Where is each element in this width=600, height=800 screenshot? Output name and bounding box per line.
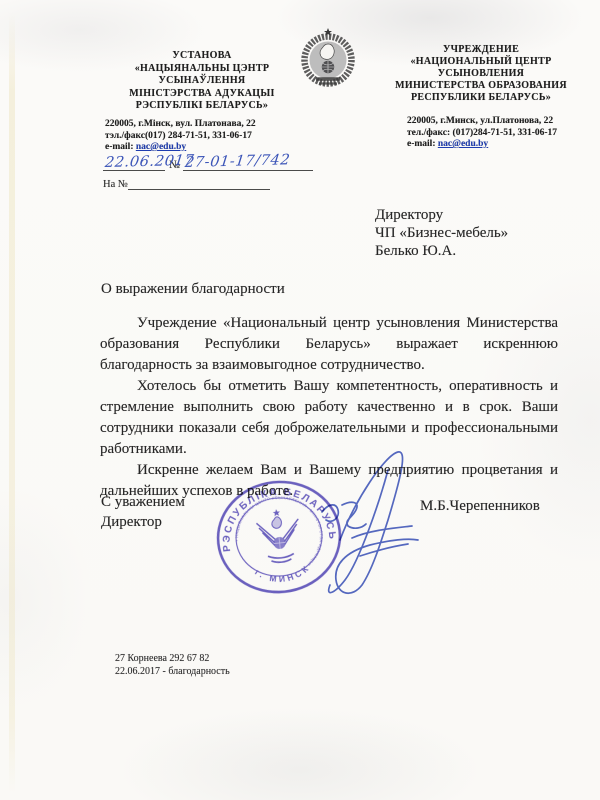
org-line: УСЫНОВЛЕНИЯ xyxy=(376,68,586,80)
number-underline: 27-01-17/742 xyxy=(183,153,313,171)
email-line: e-mail: nac@edu.by xyxy=(105,142,256,154)
executor-footer: 27 Корнеева 292 67 82 22.06.2017 - благо… xyxy=(115,652,230,678)
address-line: 220005, г.Мінск, вул. Платонава, 22 xyxy=(105,119,256,131)
belarus-coat-of-arms-icon xyxy=(298,27,358,89)
recipient-company: ЧП «Бизнес-мебель» xyxy=(375,224,508,242)
letterhead-org-russian: УЧРЕЖДЕНИЕ «НАЦИОНАЛЬНЫЙ ЦЕНТР УСЫНОВЛЕН… xyxy=(376,44,586,104)
scan-edge-artifact xyxy=(9,12,15,794)
email-label: e-mail: xyxy=(105,142,134,152)
contacts-russian: 220005, г.Минск, ул.Платонова, 22 тел./ф… xyxy=(407,116,557,151)
signoff-title: Директор xyxy=(101,512,185,532)
reference-line: 22.06.2017 № 27-01-17/742 xyxy=(103,153,313,171)
letter-subject: О выражении благодарности xyxy=(101,281,285,298)
address-line: 220005, г.Минск, ул.Платонова, 22 xyxy=(407,116,557,128)
document-note: 22.06.2017 - благодарность xyxy=(115,665,230,678)
recipient-block: Директору ЧП «Бизнес-мебель» Белько Ю.А. xyxy=(375,206,508,260)
handwritten-date: 22.06.2017 xyxy=(104,153,195,171)
org-line: РЭСПУБЛІКІ БЕЛАРУСЬ» xyxy=(88,100,316,113)
org-line: РЕСПУБЛИКИ БЕЛАРУСЬ» xyxy=(376,92,586,104)
reply-to-underline xyxy=(128,176,270,190)
email-address: nac@edu.by xyxy=(438,139,488,149)
org-line: УЧРЕЖДЕНИЕ xyxy=(376,44,586,56)
stamp-center-emblem xyxy=(255,507,302,564)
recipient-title: Директору xyxy=(375,206,508,224)
reply-to-label: На № xyxy=(103,179,128,190)
phone-line: тел./факс: (017)284-71-51, 331-06-17 xyxy=(407,128,557,140)
org-line: УСЫНАЎЛЕННЯ xyxy=(88,75,316,88)
email-label: e-mail: xyxy=(407,139,436,149)
body-paragraph: Учреждение «Национальный центр усыновлен… xyxy=(100,313,558,376)
scanned-letter-page: УСТАНОВА «НАЦЫЯНАЛЬНЫ ЦЭНТР УСЫНАЎЛЕННЯ … xyxy=(0,0,600,800)
executor-contact: 27 Корнеева 292 67 82 xyxy=(115,652,230,665)
signoff-block: С уважением Директор xyxy=(101,492,185,532)
recipient-name: Белько Ю.А. xyxy=(375,242,508,260)
org-line: «НАЦЫЯНАЛЬНЫ ЦЭНТР xyxy=(88,63,316,76)
reply-to-line: На № xyxy=(103,176,270,190)
org-line: МИНИСТЕРСТВА ОБРАЗОВАНИЯ xyxy=(376,80,586,92)
handwritten-number: 27-01-17/742 xyxy=(184,152,291,171)
email-line: e-mail: nac@edu.by xyxy=(407,139,557,151)
letterhead-org-belarusian: УСТАНОВА «НАЦЫЯНАЛЬНЫ ЦЭНТР УСЫНАЎЛЕННЯ … xyxy=(88,50,316,113)
date-underline: 22.06.2017 xyxy=(103,153,165,171)
contacts-belarusian: 220005, г.Мінск, вул. Платонава, 22 тэл.… xyxy=(105,119,256,154)
signoff-closing: С уважением xyxy=(101,492,185,512)
org-line: МІНІСТЭРСТВА АДУКАЦЫІ xyxy=(88,88,316,101)
org-line: УСТАНОВА xyxy=(88,50,316,63)
director-signature xyxy=(300,440,440,605)
org-line: «НАЦИОНАЛЬНЫЙ ЦЕНТР xyxy=(376,56,586,68)
phone-line: тэл./факс(017) 284-71-51, 331-06-17 xyxy=(105,131,256,143)
email-address: nac@edu.by xyxy=(136,142,186,152)
